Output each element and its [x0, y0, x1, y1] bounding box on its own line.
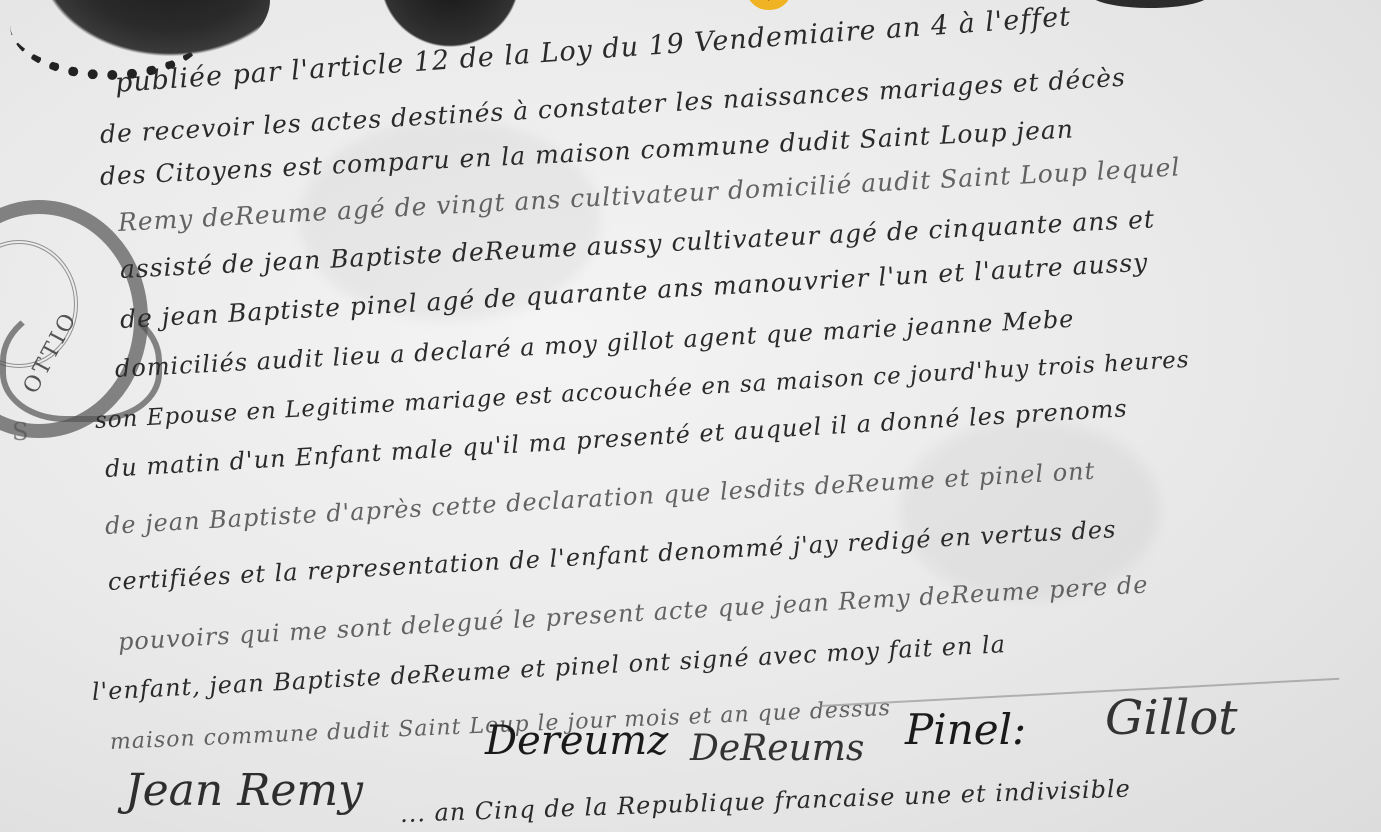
signature-pinel: Pinel: [905, 705, 1026, 754]
scanned-document-page: OTTIO S publiée par l'article 12 de la L… [0, 0, 1381, 832]
signature-dereumz: Dereumz [485, 718, 668, 764]
signature-dereums: DeReums [690, 728, 864, 769]
footer-text-fragment: ... an Cinq de la Republique francaise u… [400, 774, 1132, 828]
location-marker-icon[interactable] [746, 0, 792, 10]
seal-stamp-top-right [1090, 0, 1210, 8]
signature-gillot: Gillot [1105, 690, 1238, 746]
closing-flourish-line [820, 678, 1339, 707]
stamp-fragment: S [12, 418, 28, 446]
signature-jean-remy: Jean Remy [125, 765, 363, 816]
